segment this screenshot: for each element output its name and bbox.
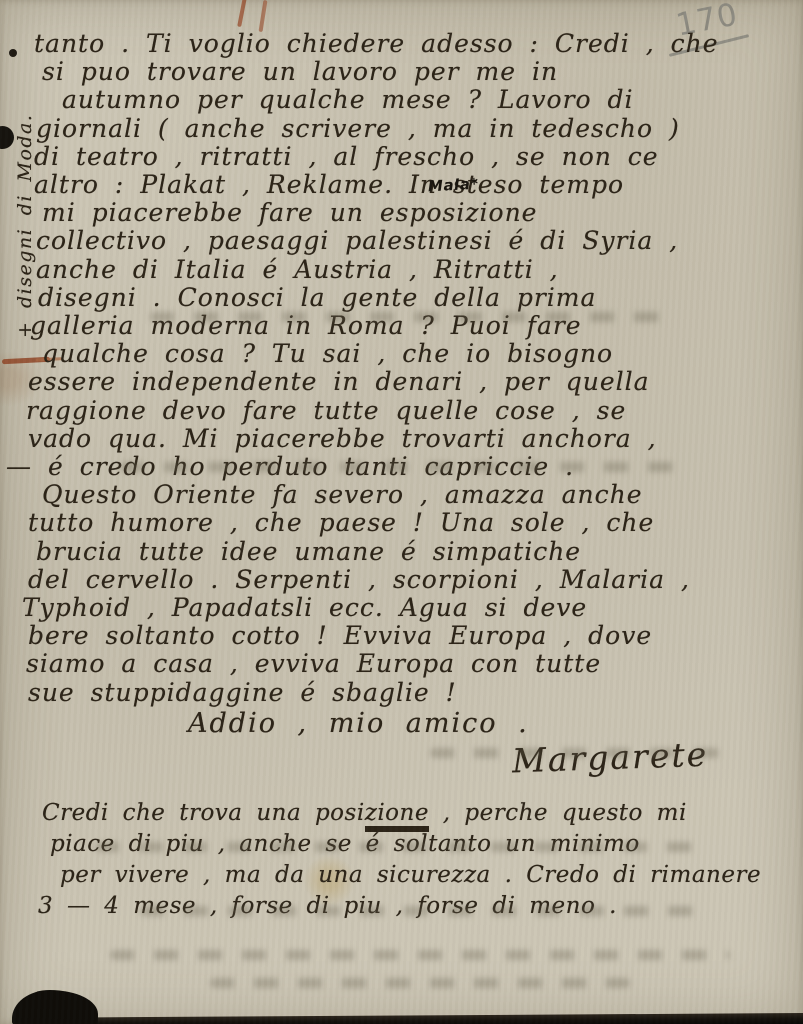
handwritten-line: tanto . Ti voglio chiedere adesso : Cred…: [0, 30, 803, 58]
postscript-text: , perche questo mi: [429, 800, 687, 826]
red-ink-mark-2: [259, 0, 268, 32]
handwritten-line: altro : Plakat , Reklame. In steso tempo: [0, 171, 803, 199]
closing-line: Addio , mio amico .: [188, 708, 529, 739]
handwritten-line: sue stuppidaggine é sbaglie !: [0, 679, 803, 707]
handwritten-line: essere independente in denari , per quel…: [0, 368, 803, 396]
handwritten-line: di teatro , ritratti , al frescho , se n…: [0, 143, 803, 171]
postscript-text: Credi che trova una posi: [42, 800, 365, 826]
handwritten-line: siamo a casa , evviva Europa con tutte: [0, 650, 803, 678]
handwritten-line: — é credo ho perduto tanti capriccie .: [0, 453, 803, 481]
handwritten-line: disegni . Conosci la gente della prima: [0, 284, 803, 312]
handwritten-line: del cervello . Serpenti , scorpioni , Ma…: [0, 566, 803, 594]
handwritten-line: vado qua. Mi piacerebbe trovarti anchora…: [0, 425, 803, 453]
postscript: Credi che trova una posizione , perche q…: [0, 798, 803, 922]
handwritten-line: brucia tutte idee umane é simpatiche: [0, 538, 803, 566]
handwritten-line: autumno per qualche mese ? Lavoro di: [0, 86, 803, 114]
handwritten-line: anche di Italia é Austria , Ritratti ,: [0, 256, 803, 284]
handwritten-line: tutto humore , che paese ! Una sole , ch…: [0, 509, 803, 537]
handwritten-line: si puo trovare un lavoro per me in: [0, 58, 803, 86]
bleed-through-ghost: [110, 950, 730, 960]
handwritten-line: raggione devo fare tutte quelle cose , s…: [0, 397, 803, 425]
handwritten-line: galleria moderna in Roma ? Puoi fare: [0, 312, 803, 340]
interlinear-annotation: Mala*: [428, 175, 480, 196]
postscript-line: piace di piu , anche se é soltanto un mi…: [0, 829, 803, 860]
handwritten-line: giornali ( anche scrivere , ma in tedesc…: [0, 115, 803, 143]
handwritten-line: qualche cosa ? Tu sai , che io bisogno: [0, 340, 803, 368]
handwritten-line: Questo Oriente fa severo , amazza anche: [0, 481, 803, 509]
red-ink-mark-1: [237, 0, 247, 27]
handwritten-line: collectivo , paesaggi palestinesi é di S…: [0, 227, 803, 255]
postscript-line: 3 — 4 mese , forse di piu , forse di men…: [0, 891, 803, 922]
postscript-line: Credi che trova una posizione , perche q…: [0, 798, 803, 829]
handwritten-line: Typhoid , Papadatsli ecc. Agua si deve: [0, 594, 803, 622]
underlined-word: zione: [365, 800, 429, 826]
letter-body: tanto . Ti voglio chiedere adesso : Cred…: [0, 30, 803, 707]
handwritten-line: bere soltanto cotto ! Evviva Europa , do…: [0, 622, 803, 650]
bleed-through-ghost: [210, 978, 630, 988]
postscript-line: per vivere , ma da una sicurezza . Credo…: [0, 860, 803, 891]
letter-page: 170 + disegni di Moda. tanto . Ti voglio…: [0, 0, 803, 1024]
bottom-scan-edge: [78, 1013, 803, 1024]
ink-blot: [12, 990, 98, 1024]
signature: Margarete: [511, 735, 708, 781]
handwritten-line: mi piacerebbe fare un esposizione: [0, 199, 803, 227]
